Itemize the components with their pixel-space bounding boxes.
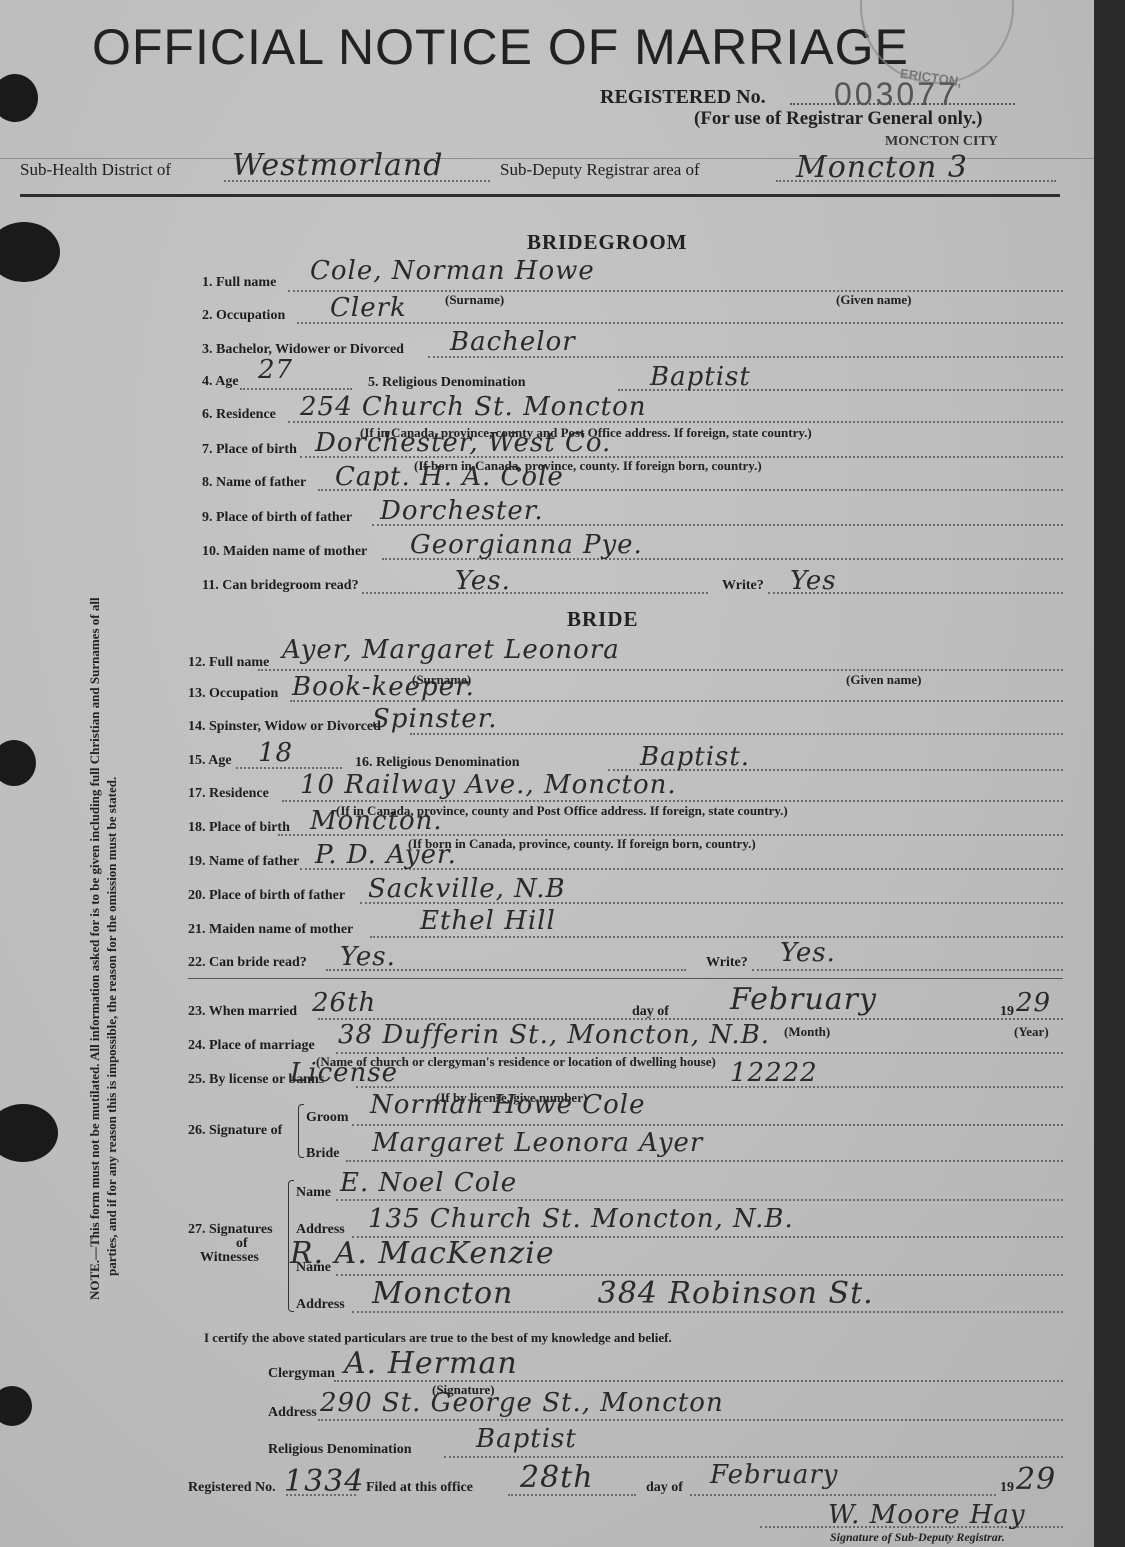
groom-religion-label: 5. Religious Denomination	[368, 375, 526, 391]
certification-statement: I certify the above stated particulars a…	[204, 1330, 672, 1346]
year-prefix: 19	[1000, 1004, 1014, 1020]
moncton-city-stamp: MONCTON CITY	[885, 134, 998, 150]
groom-mother-maiden-label: 10. Maiden name of mother	[202, 544, 367, 560]
year-hint: (Year)	[1014, 1024, 1049, 1040]
sub-deputy-area-value: Moncton 3	[796, 150, 968, 185]
clergyman-label: Clergyman	[268, 1366, 335, 1382]
groom-can-write-value: Yes	[790, 566, 837, 596]
groom-full-name-line	[288, 290, 1063, 292]
header-divider	[20, 194, 1060, 197]
groom-signature-line	[352, 1124, 1063, 1126]
filed-year-prefix: 19	[1000, 1480, 1014, 1496]
groom-can-read-line	[362, 592, 708, 594]
bride-mother-maiden-line	[370, 936, 1063, 938]
bride-father-name-label: 19. Name of father	[188, 854, 299, 870]
groom-marital-status-label: 3. Bachelor, Widower or Divorced	[202, 342, 404, 358]
groom-religion-value: Baptist	[650, 362, 751, 392]
place-of-marriage-value: 38 Dufferin St., Moncton, N.B.	[338, 1020, 770, 1050]
clergyman-address-line	[318, 1419, 1063, 1421]
witness-1-name-value: E. Noel Cole	[340, 1168, 517, 1198]
side-note-line-1: NOTE.—This form must not be mutilated. A…	[86, 160, 103, 1300]
groom-surname-hint: (Surname)	[445, 292, 504, 308]
signature-brace	[298, 1104, 304, 1158]
bride-age-label: 15. Age	[188, 753, 232, 769]
groom-occupation-line	[297, 322, 1063, 324]
place-of-marriage-label: 24. Place of marriage	[188, 1038, 315, 1054]
bride-marital-status-line	[410, 733, 1063, 735]
signature-of-label: 26. Signature of	[188, 1123, 282, 1139]
witness-label-3: Witnesses	[200, 1250, 259, 1266]
bride-full-name-value: Ayer, Margaret Leonora	[282, 635, 620, 665]
bride-signature-line	[346, 1160, 1063, 1162]
bride-can-read-value: Yes.	[340, 942, 396, 972]
clergyman-address-value: 290 St. George St., Moncton	[320, 1388, 724, 1418]
witness-2-name-value: R. A. MacKenzie	[290, 1236, 555, 1271]
groom-marital-status-value: Bachelor	[450, 327, 576, 357]
bride-residence-value: 10 Railway Ave., Moncton.	[300, 770, 677, 800]
month-hint: (Month)	[784, 1024, 830, 1040]
bride-father-name-value: P. D. Ayer.	[315, 840, 457, 870]
witness-2-address-value: Moncton 384 Robinson St.	[372, 1276, 874, 1311]
groom-signature-value: Norman Howe Cole	[370, 1090, 645, 1120]
bride-can-write-label: Write?	[706, 955, 748, 971]
groom-father-name-value: Capt. H. A. Cole	[335, 462, 564, 492]
groom-full-name-value: Cole, Norman Howe	[310, 256, 595, 286]
bride-mother-maiden-label: 21. Maiden name of mother	[188, 922, 353, 938]
witness-1-name-line	[336, 1199, 1063, 1201]
registrar-note: (For use of Registrar General only.)	[694, 108, 982, 130]
bridegroom-heading: BRIDEGROOM	[527, 230, 688, 255]
sub-health-district-value: Westmorland	[232, 148, 443, 183]
married-month-value: February	[730, 982, 877, 1017]
bride-birthplace-value: Moncton.	[310, 806, 443, 836]
bride-birthplace-hint: (If born in Canada, province, county. If…	[408, 836, 756, 852]
married-day-value: 26th	[312, 988, 376, 1018]
groom-age-label: 4. Age	[202, 374, 239, 390]
document-title: OFFICIAL NOTICE OF MARRIAGE	[92, 18, 992, 76]
clergyman-address-label: Address	[268, 1405, 317, 1421]
groom-birthplace-value: Dorchester, West Co.	[315, 428, 611, 458]
filed-year-value: 29	[1016, 1462, 1056, 1497]
groom-father-birthplace-value: Dorchester.	[380, 496, 544, 526]
witness-2-address-line	[352, 1311, 1063, 1313]
groom-can-read-value: Yes.	[455, 566, 511, 596]
bride-residence-line	[282, 800, 1063, 802]
bride-full-name-line	[258, 669, 1063, 671]
groom-age-value: 27	[258, 355, 293, 385]
bride-father-birthplace-value: Sackville, N.B	[368, 874, 566, 904]
scan-edge	[1094, 0, 1125, 1547]
clergyman-denomination-value: Baptist	[476, 1424, 577, 1454]
bride-marital-status-value: Spinster.	[372, 704, 498, 734]
bride-can-read-label: 22. Can bride read?	[188, 955, 307, 971]
filed-month-value: February	[710, 1460, 838, 1490]
groom-father-birthplace-label: 9. Place of birth of father	[202, 510, 352, 526]
bride-signature-value: Margaret Leonora Ayer	[372, 1128, 703, 1158]
bride-section-rule	[188, 978, 1063, 979]
bride-mother-maiden-value: Ethel Hill	[420, 906, 556, 936]
bride-occupation-value: Book-keeper.	[292, 672, 475, 702]
bride-signature-label: Bride	[306, 1146, 339, 1162]
groom-signature-label: Groom	[306, 1110, 349, 1126]
day-of-label: day of	[632, 1004, 669, 1020]
groom-can-read-label: 11. Can bridegroom read?	[202, 578, 359, 594]
registered-no-label: REGISTERED No.	[600, 86, 766, 109]
registrar-signature-hint: Signature of Sub-Deputy Registrar.	[830, 1530, 1005, 1545]
clergyman-denomination-line	[444, 1456, 1063, 1458]
bride-religion-value: Baptist.	[640, 742, 750, 772]
bride-can-write-value: Yes.	[780, 938, 836, 968]
groom-occupation-label: 2. Occupation	[202, 308, 285, 324]
witness-1-name-label: Name	[296, 1185, 331, 1201]
filed-month-line	[690, 1494, 996, 1496]
license-value: License	[290, 1058, 398, 1088]
groom-residence-value: 254 Church St. Moncton	[300, 392, 647, 422]
bride-can-write-line	[752, 969, 1063, 971]
bride-marital-status-label: 14. Spinster, Widow or Divorced	[188, 719, 381, 735]
when-married-label: 23. When married	[188, 1004, 297, 1020]
groom-can-write-label: Write?	[722, 578, 764, 594]
groom-father-name-label: 8. Name of father	[202, 475, 306, 491]
witness-2-address-label: Address	[296, 1297, 345, 1313]
filed-day-of-label: day of	[646, 1480, 683, 1496]
bride-residence-label: 17. Residence	[188, 786, 269, 802]
bride-father-birthplace-label: 20. Place of birth of father	[188, 888, 345, 904]
groom-full-name-label: 1. Full name	[202, 275, 276, 291]
filed-day-value: 28th	[520, 1460, 594, 1495]
registered-no-footer-value: 1334	[284, 1464, 364, 1499]
groom-residence-label: 6. Residence	[202, 407, 276, 423]
groom-mother-maiden-value: Georgianna Pye.	[410, 530, 643, 560]
clergyman-denomination-label: Religious Denomination	[268, 1442, 412, 1458]
license-line	[356, 1086, 1063, 1088]
bride-given-hint: (Given name)	[846, 672, 921, 688]
groom-birthplace-label: 7. Place of birth	[202, 442, 297, 458]
sub-deputy-area-label: Sub-Deputy Registrar area of	[500, 160, 700, 180]
bride-age-value: 18	[258, 738, 293, 768]
bride-birthplace-label: 18. Place of birth	[188, 820, 290, 836]
license-number: 12222	[730, 1058, 818, 1088]
registrar-signature: W. Moore Hay	[828, 1500, 1026, 1530]
side-note-line-2: parties, and if for any reason this is i…	[103, 160, 120, 1300]
groom-occupation-value: Clerk	[330, 293, 407, 323]
bride-heading: BRIDE	[567, 607, 639, 632]
clergyman-signature: A. Herman	[344, 1346, 518, 1381]
registered-no-footer-label: Registered No.	[188, 1480, 276, 1496]
groom-given-hint: (Given name)	[836, 292, 911, 308]
groom-age-line	[240, 388, 352, 390]
witness-1-address-value: 135 Church St. Moncton, N.B.	[368, 1204, 794, 1234]
witness-label-1: 27. Signatures	[188, 1222, 273, 1238]
filed-label: Filed at this office	[366, 1480, 473, 1496]
bride-occupation-label: 13. Occupation	[188, 686, 278, 702]
married-year-value: 29	[1016, 988, 1051, 1018]
bride-religion-label: 16. Religious Denomination	[355, 755, 520, 771]
side-note: NOTE.—This form must not be mutilated. A…	[86, 160, 120, 1300]
